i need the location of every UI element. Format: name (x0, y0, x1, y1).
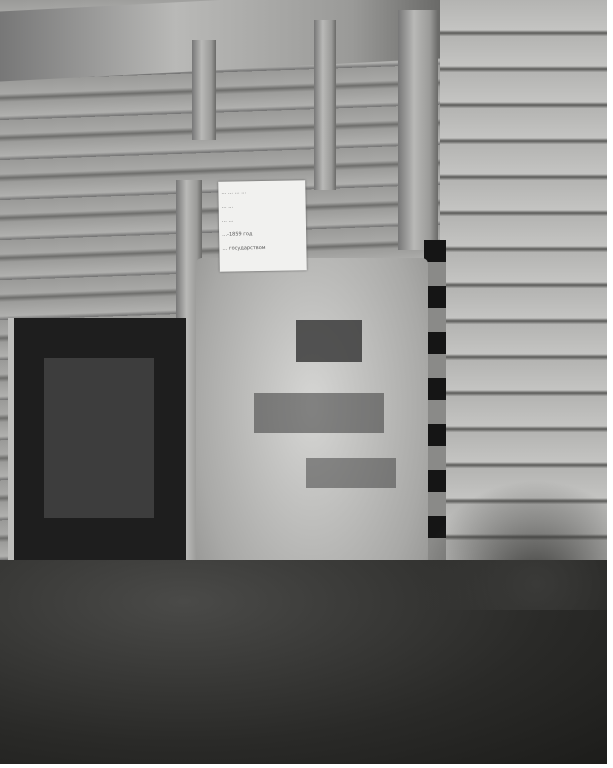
sign-line: … … (222, 212, 303, 227)
sign-line: …-1859 год (222, 226, 303, 241)
vertical-post (398, 10, 438, 250)
stain (306, 458, 396, 488)
stain (254, 393, 384, 433)
doorway-interior (44, 358, 154, 518)
grass-right (420, 480, 613, 610)
sign-line: … государством (222, 240, 303, 255)
stain (296, 320, 362, 362)
sign-line: … … … … (221, 184, 302, 199)
photograph: … … … … … … … … …-1859 год … государство… (0, 0, 613, 768)
print-border (0, 764, 613, 768)
print-border (607, 0, 613, 768)
vertical-post (314, 20, 336, 190)
notice-sign: … … … … … … … … …-1859 год … государство… (218, 180, 307, 272)
vertical-post (192, 40, 216, 140)
sign-line: … … (222, 198, 303, 213)
